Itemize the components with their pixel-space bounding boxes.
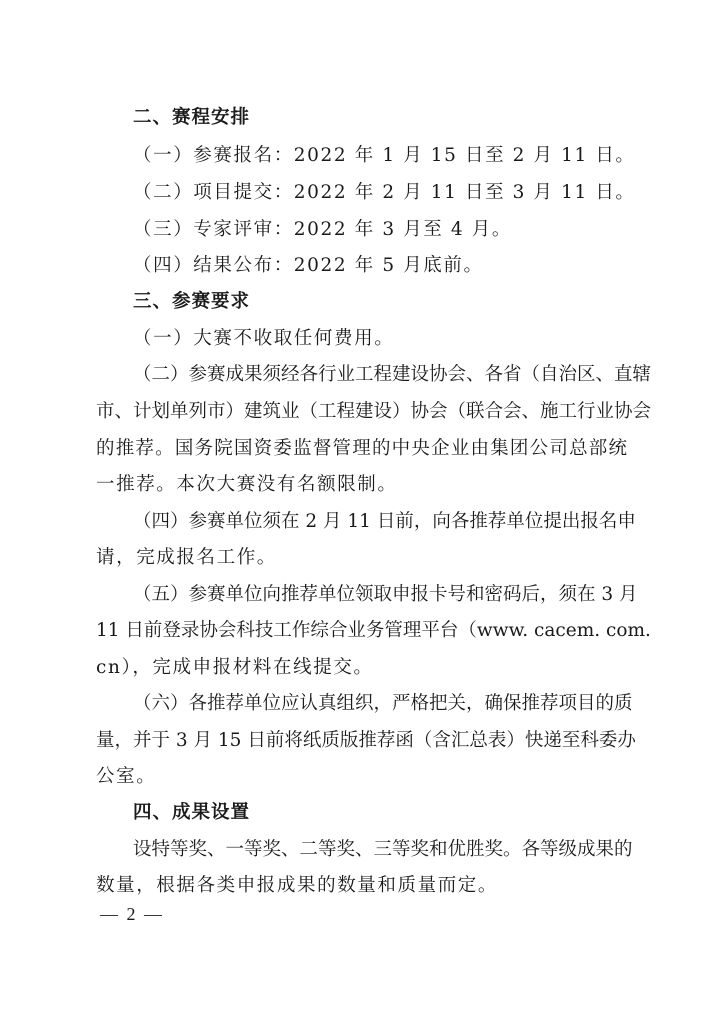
section-heading-awards: 四、成果设置 bbox=[133, 801, 627, 825]
section-heading-schedule: 二、赛程安排 bbox=[133, 106, 627, 130]
requirement-5-line-2: 11 日前登录协会科技工作综合业务管理平台（www. cacem. com. bbox=[96, 619, 627, 643]
awards-line-2: 数量，根据各类申报成果的数量和质量而定。 bbox=[96, 874, 627, 898]
schedule-item-registration: （一）参赛报名：2022 年 1 月 15 日至 2 月 11 日。 bbox=[133, 144, 627, 168]
schedule-item-submission: （二）项目提交：2022 年 2 月 11 日至 3 月 11 日。 bbox=[133, 181, 627, 205]
requirement-4-line-1: （四）参赛单位须在 2 月 11 日前，向各推荐单位提出报名申 bbox=[133, 510, 627, 534]
awards-line-1: 设特等奖、一等奖、二等奖、三等奖和优胜奖。各等级成果的 bbox=[133, 838, 627, 862]
requirement-5-line-3: cn），完成申报材料在线提交。 bbox=[96, 656, 627, 680]
schedule-item-results: （四）结果公布：2022 年 5 月底前。 bbox=[133, 254, 627, 278]
requirement-6-line-3: 公室。 bbox=[96, 765, 627, 789]
requirement-6-line-1: （六）各推荐单位应认真组织，严格把关，确保推荐项目的质 bbox=[133, 692, 627, 716]
requirement-5-line-1: （五）参赛单位向推荐单位领取申报卡号和密码后，须在 3 月 bbox=[133, 583, 627, 607]
requirement-2-line-1: （二）参赛成果须经各行业工程建设协会、各省（自治区、直辖 bbox=[133, 363, 627, 387]
requirement-4-line-2: 请，完成报名工作。 bbox=[96, 546, 627, 570]
requirement-2-line-2: 市、计划单列市）建筑业（工程建设）协会（联合会、施工行业协会 bbox=[96, 400, 627, 424]
requirement-6-line-2: 量，并于 3 月 15 日前将纸质版推荐函（含汇总表）快递至科委办 bbox=[96, 729, 627, 753]
requirement-2-line-4: 一推荐。本次大赛没有名额限制。 bbox=[96, 473, 627, 497]
section-heading-requirements: 三、参赛要求 bbox=[133, 290, 627, 314]
requirement-2-line-3: 的推荐。国务院国资委监督管理的中央企业由集团公司总部统 bbox=[96, 437, 627, 461]
page-number: — 2 — bbox=[100, 902, 164, 926]
document-page: 二、赛程安排 （一）参赛报名：2022 年 1 月 15 日至 2 月 11 日… bbox=[0, 0, 724, 1024]
schedule-item-review: （三）专家评审：2022 年 3 月至 4 月。 bbox=[133, 218, 627, 242]
requirement-1-line-1: （一）大赛不收取任何费用。 bbox=[133, 327, 627, 351]
